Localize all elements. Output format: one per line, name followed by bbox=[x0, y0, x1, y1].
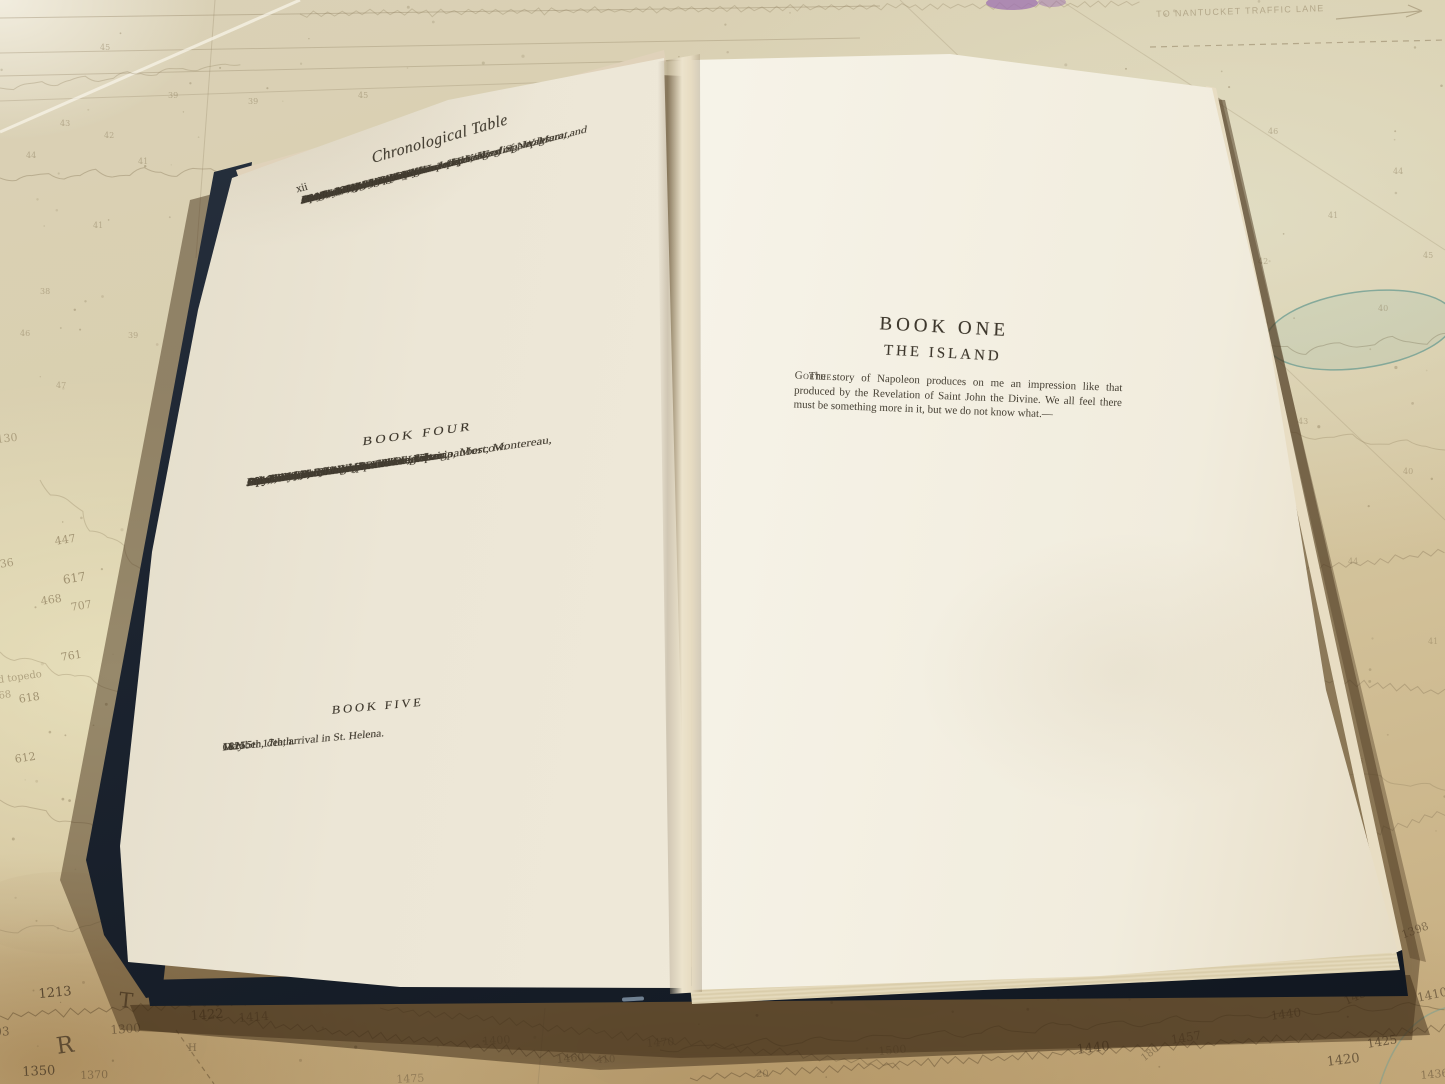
chart-number-label: 45 bbox=[358, 92, 368, 100]
chart-number-label: 468 bbox=[40, 593, 62, 607]
chart-number-label: 39 bbox=[248, 98, 258, 106]
chart-number-label: 761 bbox=[60, 649, 82, 663]
chart-number-label: 1420 bbox=[1326, 1052, 1360, 1069]
chart-number-label: 47 bbox=[56, 382, 66, 390]
chart-number-label: 93 bbox=[0, 1025, 10, 1038]
chart-number-label: 707 bbox=[70, 599, 92, 613]
chart-number-label: 44 bbox=[26, 152, 36, 160]
chart-number-label: H bbox=[188, 1044, 197, 1054]
chart-number-label: 46 bbox=[1268, 128, 1278, 136]
chart-number-label: R bbox=[55, 1034, 75, 1059]
chart-number-label: 1475 bbox=[396, 1073, 425, 1084]
chart-number-label: 180 bbox=[1140, 1044, 1161, 1064]
chart-number-label: 41 bbox=[138, 158, 148, 166]
chart-number-label: 1410 bbox=[1416, 986, 1445, 1004]
chart-number-label: 447 bbox=[54, 533, 76, 547]
chart-number-label: 617 bbox=[62, 570, 87, 585]
chart-number-label: 45 bbox=[100, 44, 110, 52]
chart-number-label: 44 bbox=[1393, 168, 1403, 176]
chart-number-label: 44 bbox=[1348, 558, 1358, 566]
chart-number-label: 20 bbox=[756, 1070, 769, 1080]
chart-number-label: 42 bbox=[104, 132, 114, 140]
chart-number-label: 130 bbox=[0, 432, 18, 445]
chart-number-label: 618 bbox=[18, 691, 40, 705]
chart-number-label: 436 bbox=[0, 557, 14, 571]
chart-number-label: 45 bbox=[1423, 252, 1433, 260]
chart-number-label: 1370 bbox=[80, 1069, 108, 1081]
chart-number-label: 41 bbox=[1428, 638, 1438, 646]
chart-number-label: 1436 bbox=[1420, 1068, 1445, 1081]
chart-number-label: 39 bbox=[128, 332, 138, 340]
chart-number-label: 43 bbox=[1298, 418, 1308, 426]
chart-number-label: 43 bbox=[60, 120, 70, 128]
chart-number-label: 38 bbox=[40, 288, 50, 296]
chart-number-label: 68 bbox=[0, 690, 12, 702]
chart-number-label: 40 bbox=[1403, 468, 1413, 476]
chart-number-label: 39 bbox=[168, 92, 178, 100]
chart-number-label: 1350 bbox=[22, 1064, 56, 1079]
epigraph-attribution: Goethe. bbox=[794, 370, 835, 384]
chart-number-label: 1213 bbox=[38, 985, 72, 1001]
photo-open-book-on-nautical-chart: 1213TR1350130014221414931370H44761746870… bbox=[0, 0, 1445, 1084]
chart-number-label: 41 bbox=[93, 222, 103, 230]
traffic-lane-label: TO NANTUCKET TRAFFIC LANE bbox=[1156, 4, 1325, 19]
chart-number-label: 41 bbox=[1328, 212, 1338, 220]
chart-number-label: 612 bbox=[14, 751, 36, 765]
chart-number-label: 46 bbox=[20, 330, 30, 338]
chart-number-label: 40 bbox=[1378, 305, 1388, 313]
chart-number-label: loaded topedo bbox=[0, 670, 43, 690]
